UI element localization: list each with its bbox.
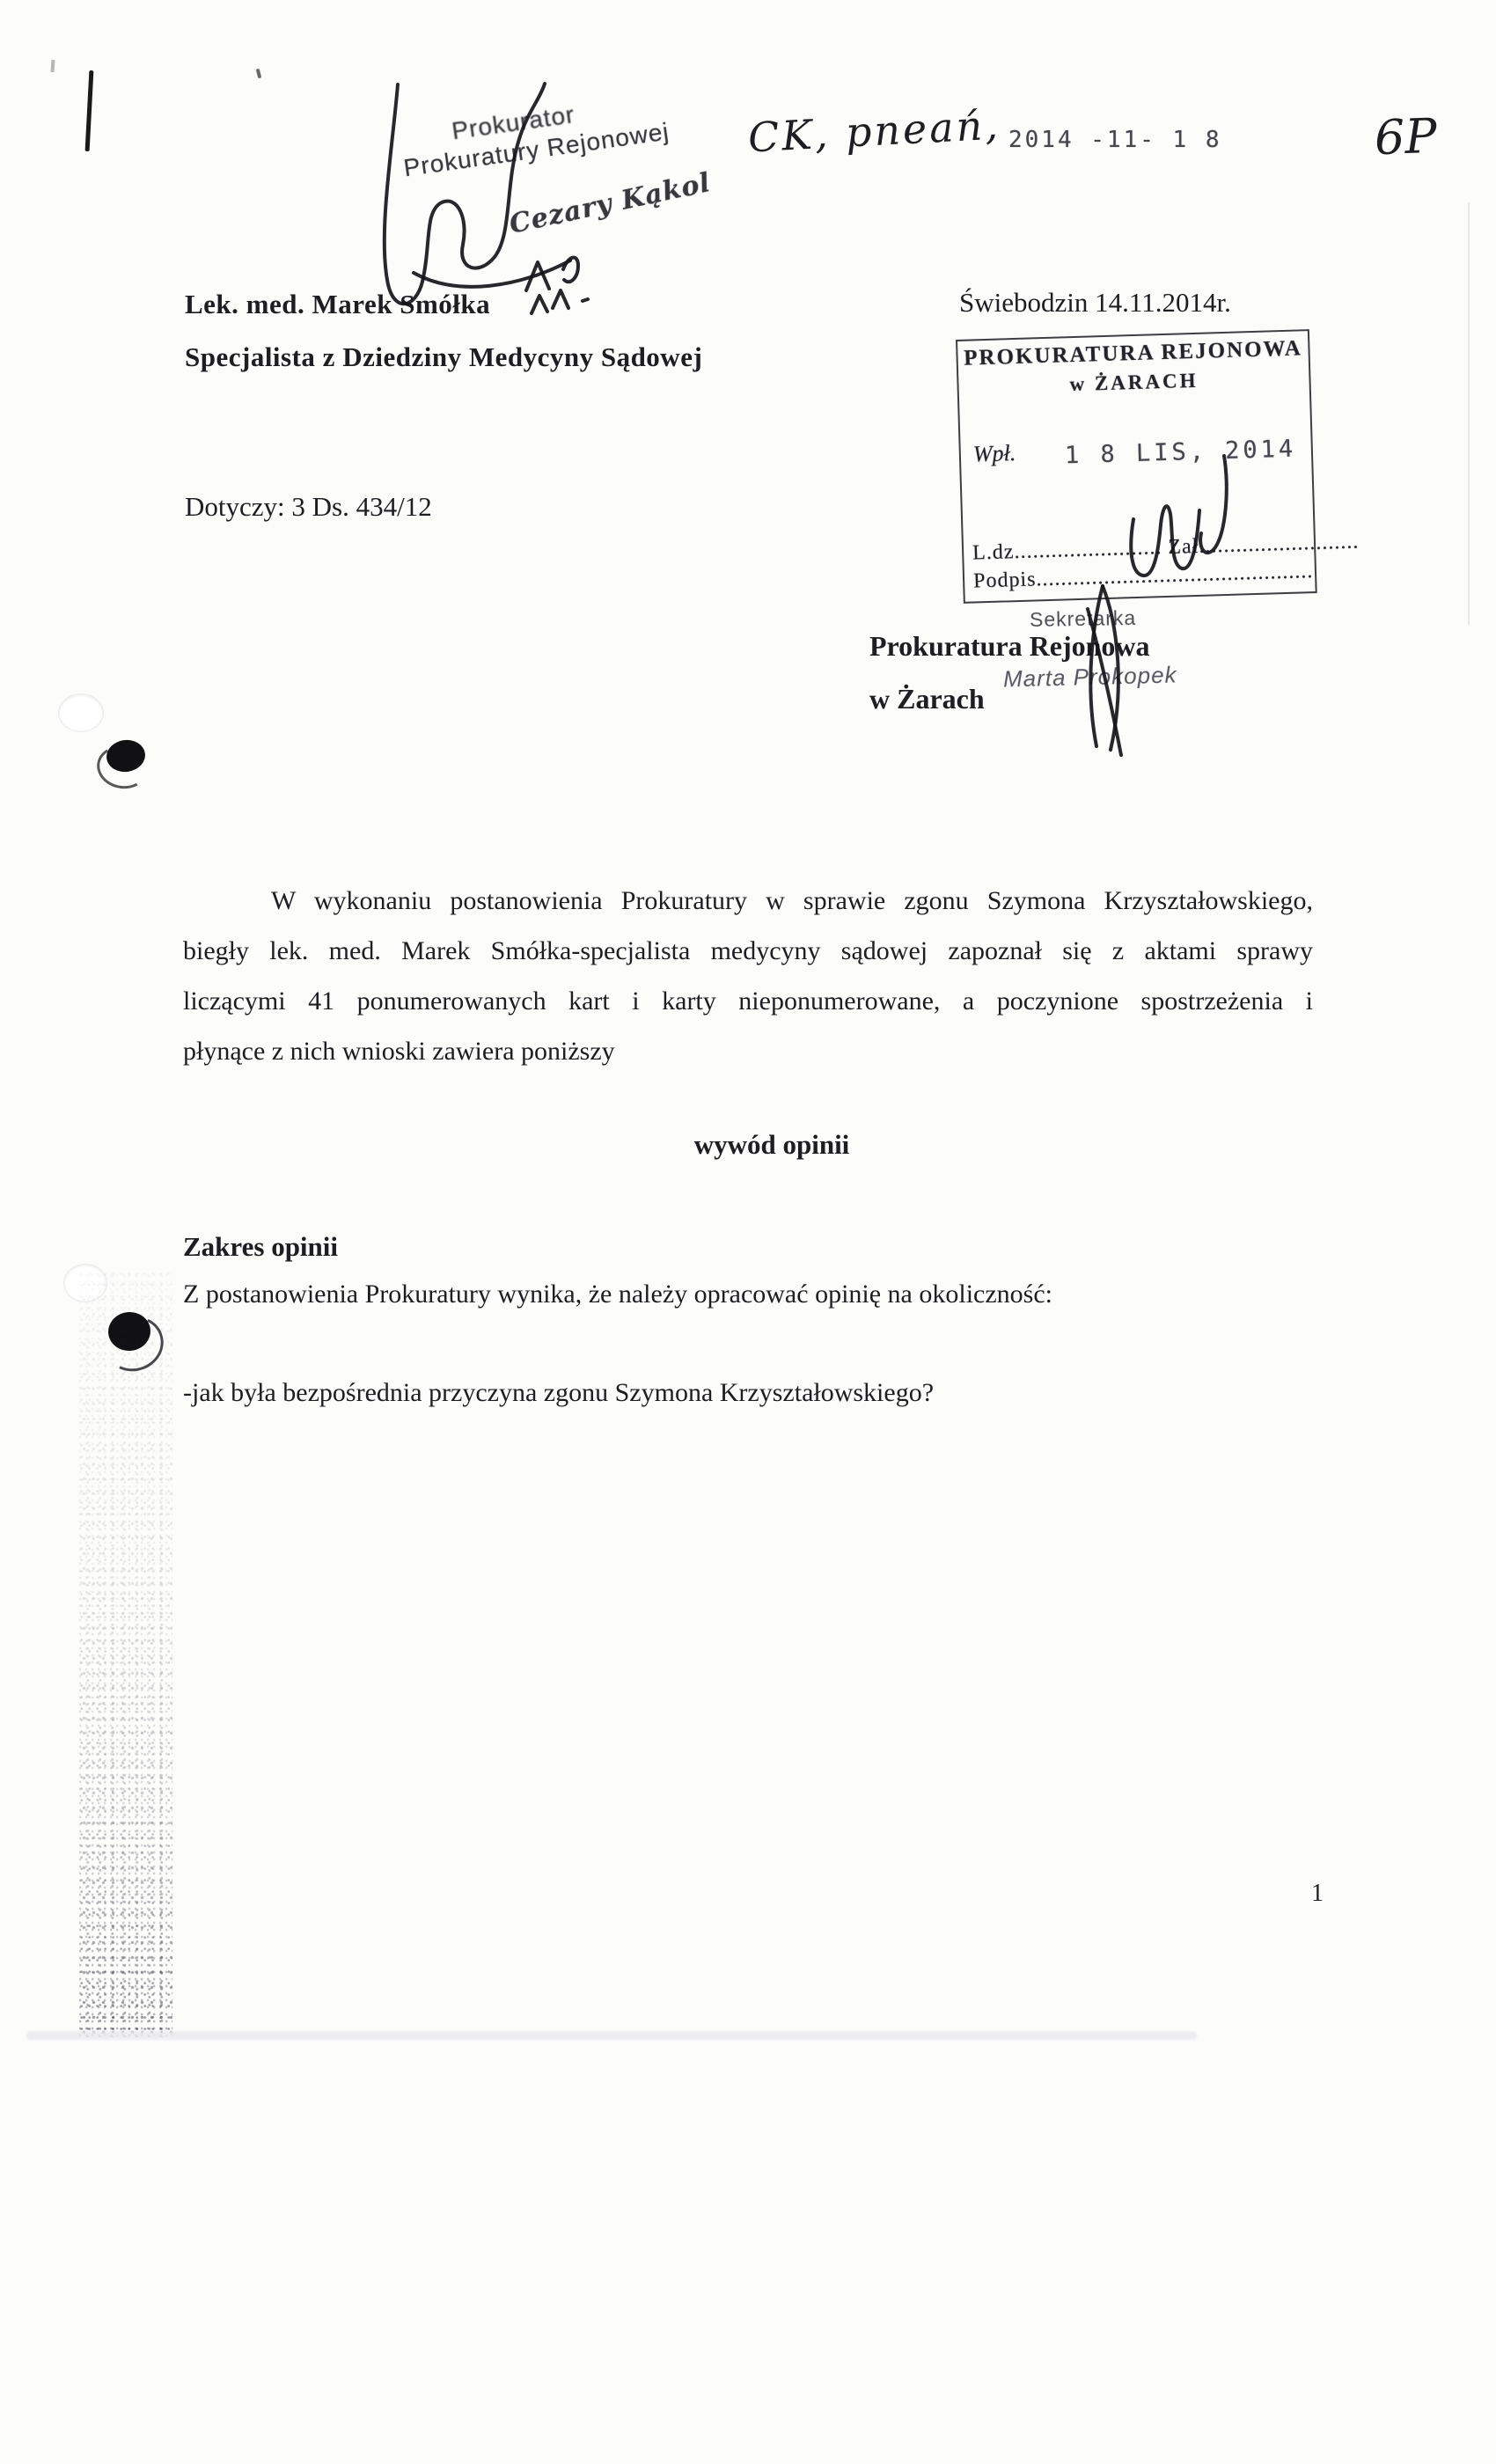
pen-stroke-mark: [85, 70, 94, 151]
body-line: W wykonaniu postanowienia Prokuratury w …: [183, 876, 1313, 926]
scan-speck: [256, 69, 262, 79]
receipt-date-stamp: 1 8 LIS, 2014: [1065, 436, 1297, 470]
receipt-stamp-org-line2: w ŻARACH: [958, 366, 1309, 400]
scanned-document-page: CK, pneań, 2014 -11- 1 8 6P Prokurator P…: [0, 0, 1496, 2464]
scope-heading: Zakres opinii: [183, 1231, 338, 1263]
handwritten-corner-mark: 6P: [1374, 108, 1438, 165]
sender-title: Specjalista z Dziedziny Medycyny Sądowej: [185, 341, 702, 373]
scope-text: Z postanowienia Prokuratury wynika, że n…: [183, 1280, 1052, 1309]
body-line: biegły lek. med. Marek Smółka-specjalist…: [183, 926, 1313, 976]
receipt-stamp-box: PROKURATURA REJONOWA w ŻARACH Wpł. 1 8 L…: [956, 329, 1317, 604]
opinion-question: -jak była bezpośrednia przyczyna zgonu S…: [183, 1378, 934, 1408]
prosecutor-stamp-name: Cezary Kąkol: [507, 153, 781, 240]
smudge-strip: [79, 1272, 172, 2037]
case-reference: Dotyczy: 3 Ds. 434/12: [185, 491, 432, 523]
prosecutor-signature: [563, 258, 578, 282]
prosecutor-signature: [526, 262, 549, 290]
addressee-line1: Prokuratura Rejonowa: [869, 630, 1150, 663]
receipt-stamp-org-line1: PROKURATURA REJONOWA: [957, 336, 1309, 371]
prosecutor-signature: [532, 290, 568, 313]
prosecutor-signature: [414, 260, 570, 287]
handwritten-note: CK, pneań,: [747, 101, 1001, 162]
body-line: liczącymi 41 ponumerowanych kart i karty…: [183, 976, 1313, 1026]
body-line: płynące z nich wnioski zawiera poniższy: [183, 1026, 1313, 1076]
scan-edge-band: [26, 2031, 1197, 2040]
receipt-received-label: Wpł.: [972, 440, 1016, 467]
scan-edge-line: [1468, 202, 1470, 625]
section-title: wywód opinii: [183, 1129, 1360, 1161]
embossed-circle: [58, 693, 104, 732]
clerk-title-stamp: Sekretarka: [1030, 606, 1137, 632]
clerk-name-stamp: Marta Prokopek: [1003, 661, 1177, 693]
body-paragraph: W wykonaniu postanowienia Prokuratury w …: [183, 876, 1313, 1076]
addressee-line2: w Żarach: [869, 683, 985, 715]
prosecutor-stamp: Prokurator Prokuratury Rejonowej Cezary …: [398, 74, 781, 245]
prosecutor-signature: [583, 299, 588, 301]
receipt-podpis-line: Podpis..................................…: [973, 560, 1314, 593]
place-date: Świebodzin 14.11.2014r.: [959, 287, 1231, 319]
scan-speck: [51, 60, 55, 72]
date-stamp-top: 2014 -11- 1 8: [1008, 127, 1222, 153]
page-number: 1: [1311, 1880, 1324, 1908]
sender-name: Lek. med. Marek Smółka: [185, 289, 490, 320]
